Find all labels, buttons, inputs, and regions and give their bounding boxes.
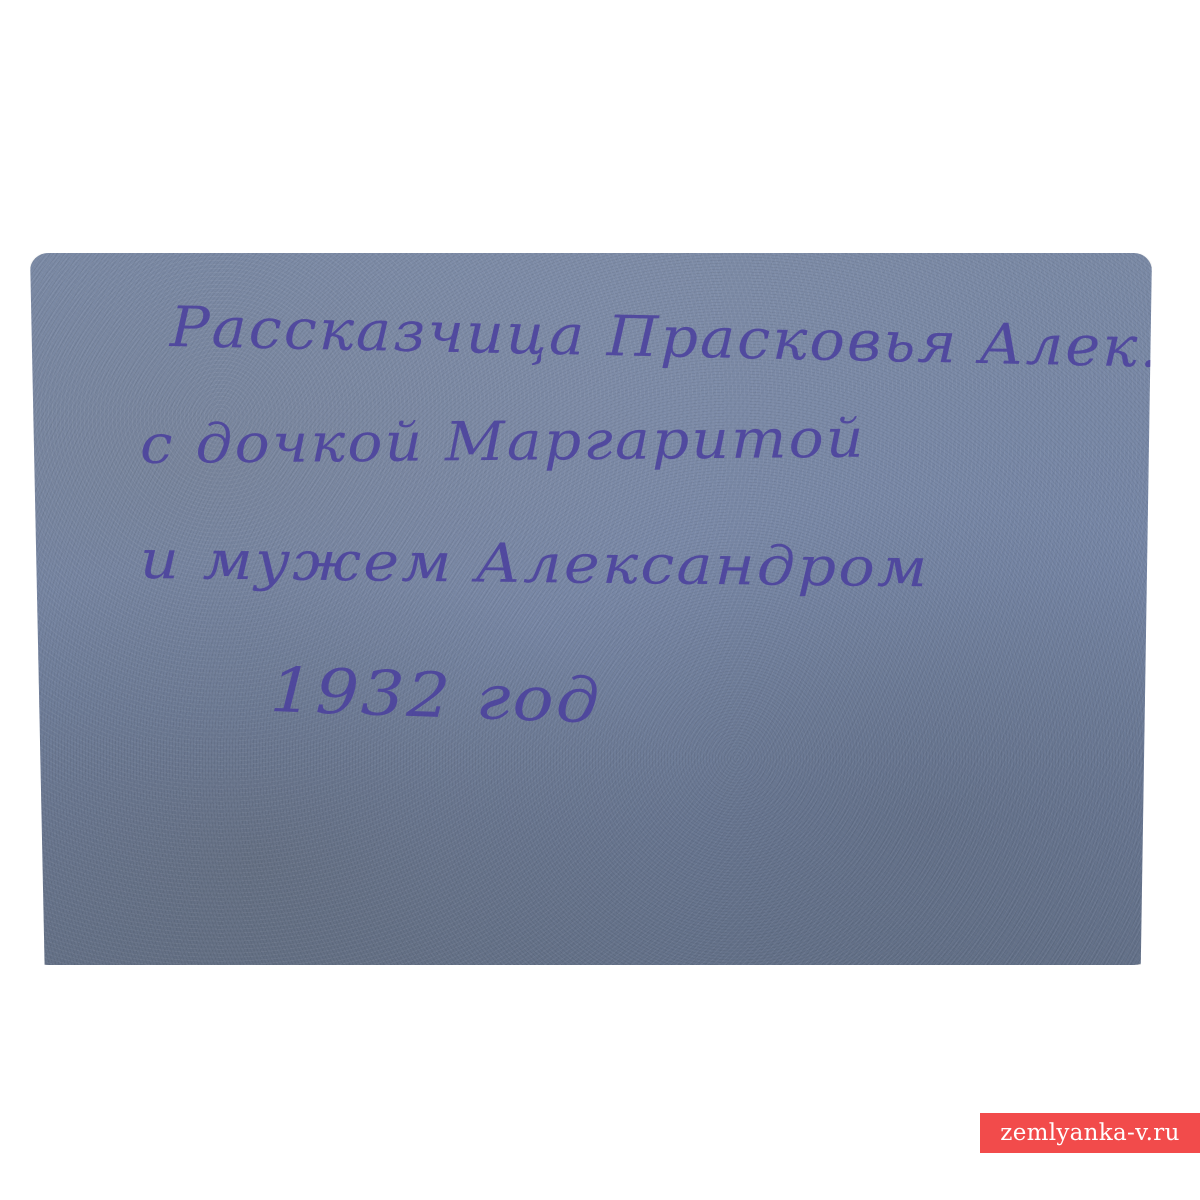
inscription-line-2: с дочкой Маргаритой <box>140 407 866 476</box>
inscription-line-3: и мужем Александром <box>140 528 930 599</box>
inscription-line-1: Рассказчица Прасковья Алек… <box>169 295 1152 382</box>
inscription-year: 1932 год <box>269 653 603 738</box>
photo-card-reverse: Рассказчица Прасковья Алек… с дочкой Мар… <box>30 253 1152 965</box>
site-watermark: zemlyanka-v.ru <box>980 1113 1200 1153</box>
product-photo: Рассказчица Прасковья Алек… с дочкой Мар… <box>0 0 1200 1200</box>
